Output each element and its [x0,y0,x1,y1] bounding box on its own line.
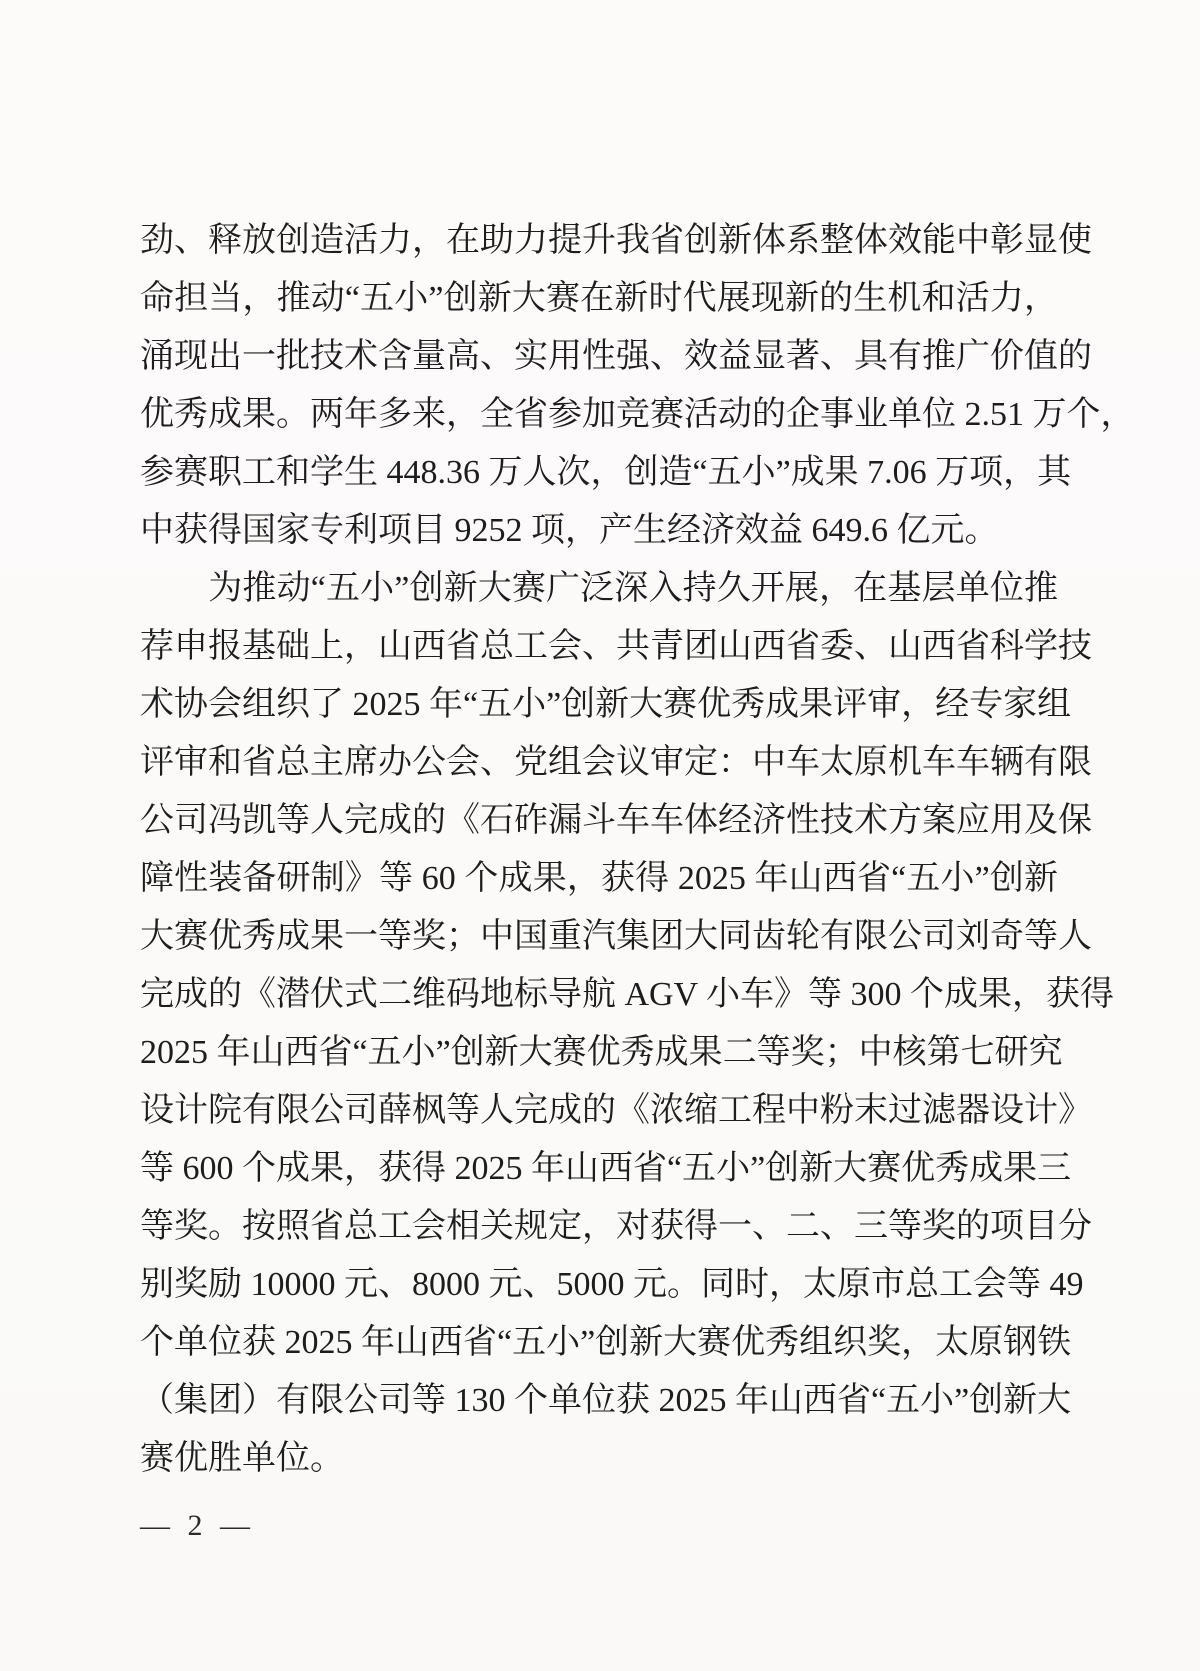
text-line: 公司冯凯等人完成的《石砟漏斗车车体经济性技术方案应用及保 [140,792,1058,850]
text-line: 涌现出一批技术含量高、实用性强、效益显著、具有推广价值的 [140,328,1058,386]
text-line: 参赛职工和学生 448.36 万人次，创造“五小”成果 7.06 万项，其 [140,444,1058,502]
text-line: 为推动“五小”创新大赛广泛深入持久开展，在基层单位推 [140,560,1058,618]
document-body: 劲、释放创造活力，在助力提升我省创新体系整体效能中彰显使命担当，推动“五小”创新… [140,212,1058,1488]
text-line: 中获得国家专利项目 9252 项，产生经济效益 649.6 亿元。 [140,502,1058,560]
text-line: 2025 年山西省“五小”创新大赛优秀成果二等奖；中核第七研究 [140,1024,1058,1082]
text-line: 设计院有限公司薛枫等人完成的《浓缩工程中粉末过滤器设计》 [140,1082,1058,1140]
text-line: 别奖励 10000 元、8000 元、5000 元。同时，太原市总工会等 49 [140,1256,1058,1314]
text-line: 等奖。按照省总工会相关规定，对获得一、二、三等奖的项目分 [140,1198,1058,1256]
text-line: 优秀成果。两年多来，全省参加竞赛活动的企事业单位 2.51 万个， [140,386,1058,444]
text-line: 荐申报基础上，山西省总工会、共青团山西省委、山西省科学技 [140,618,1058,676]
page-number: — 2 — [140,1509,255,1542]
text-line: 完成的《潜伏式二维码地标导航 AGV 小车》等 300 个成果，获得 [140,966,1058,1024]
text-line: 赛优胜单位。 [140,1430,1058,1488]
text-line: 劲、释放创造活力，在助力提升我省创新体系整体效能中彰显使 [140,212,1058,270]
text-line: （集团）有限公司等 130 个单位获 2025 年山西省“五小”创新大 [140,1372,1058,1430]
text-line: 大赛优秀成果一等奖；中国重汽集团大同齿轮有限公司刘奇等人 [140,908,1058,966]
text-line: 术协会组织了 2025 年“五小”创新大赛优秀成果评审，经专家组 [140,676,1058,734]
document-page: 劲、释放创造活力，在助力提升我省创新体系整体效能中彰显使命担当，推动“五小”创新… [0,0,1200,1671]
paragraph: 为推动“五小”创新大赛广泛深入持久开展，在基层单位推荐申报基础上，山西省总工会、… [140,560,1058,1488]
text-line: 评审和省总主席办公会、党组会议审定：中车太原机车车辆有限 [140,734,1058,792]
text-line: 命担当，推动“五小”创新大赛在新时代展现新的生机和活力， [140,270,1058,328]
text-line: 个单位获 2025 年山西省“五小”创新大赛优秀组织奖，太原钢铁 [140,1314,1058,1372]
paragraph: 劲、释放创造活力，在助力提升我省创新体系整体效能中彰显使命担当，推动“五小”创新… [140,212,1058,560]
text-line: 障性装备研制》等 60 个成果，获得 2025 年山西省“五小”创新 [140,850,1058,908]
page-footer: — 2 — [140,1503,255,1549]
text-line: 等 600 个成果，获得 2025 年山西省“五小”创新大赛优秀成果三 [140,1140,1058,1198]
